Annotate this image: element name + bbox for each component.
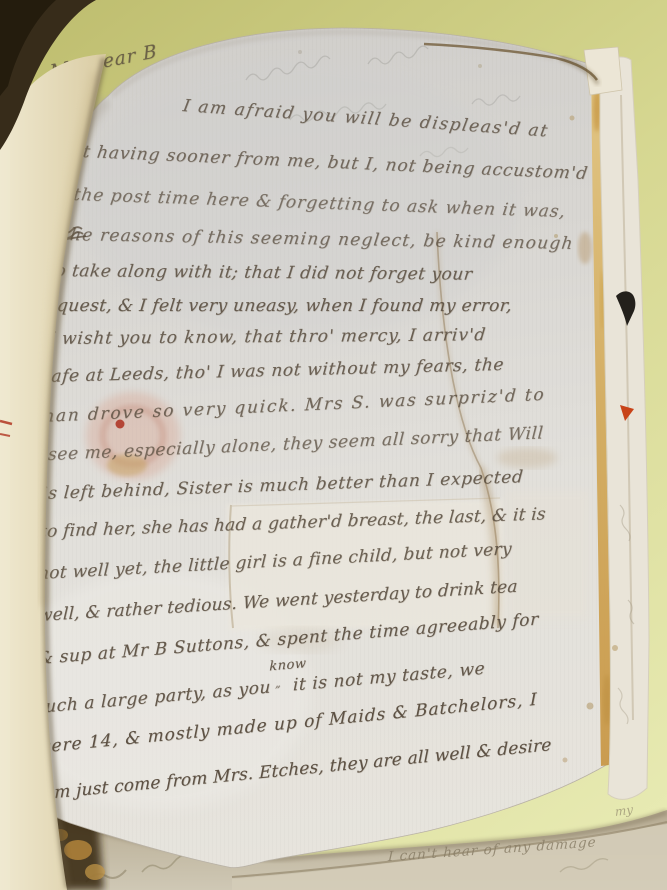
photo-scene [0, 0, 667, 890]
photo-of-handwritten-letter: My Dear B I am afraid you will be disple… [0, 0, 667, 890]
wax-seal-stain [86, 392, 180, 480]
repair-patch [227, 490, 590, 630]
